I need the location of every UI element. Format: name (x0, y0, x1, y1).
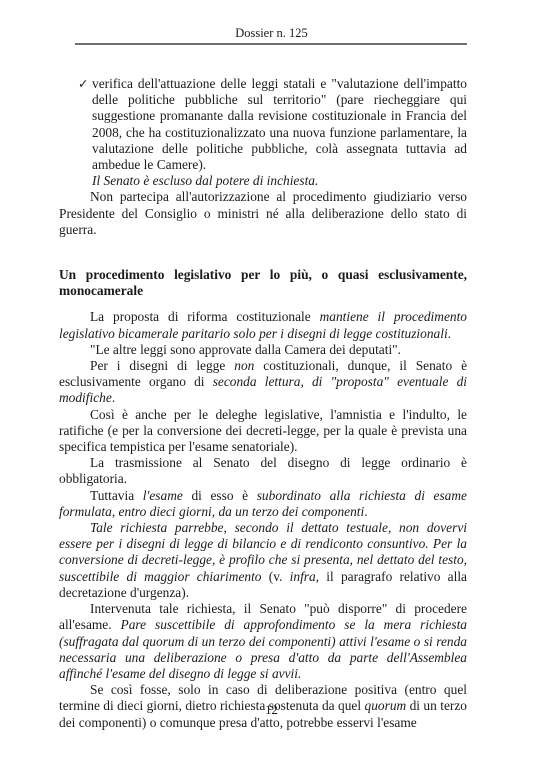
paragraph: Per i disegni di legge non costituzional… (59, 358, 467, 407)
header-rule (75, 43, 467, 45)
text-run: . (364, 504, 367, 519)
text-run: Così è anche per le deleghe legislative,… (59, 407, 467, 454)
paragraph: Non partecipa all'autorizzazione al proc… (59, 189, 467, 238)
text-run-italic: Pare suscettibile di approfondimento se … (59, 617, 467, 681)
text-run-italic: l'esame (143, 488, 183, 503)
text-run: Non partecipa all'autorizzazione al proc… (59, 189, 467, 236)
paragraph: "Le altre leggi sono approvate dalla Cam… (59, 342, 467, 358)
paragraph: La trasmissione al Senato del disegno di… (59, 455, 467, 487)
checkmark-bullet-icon: ✓ (78, 76, 88, 92)
text-run: Per i disegni di legge (90, 358, 234, 373)
paragraph: La proposta di riforma costituzionale ma… (59, 309, 467, 341)
text-run-italic: Il Senato è escluso dal potere di inchie… (92, 173, 318, 188)
text-run: "Le altre leggi sono approvate dalla Cam… (90, 342, 401, 357)
text-run: Un procedimento legislativo per lo più, … (59, 267, 467, 298)
document-page: Dossier n. 125 ✓verifica dell'attuazione… (0, 0, 543, 768)
list-item: ✓verifica dell'attuazione delle leggi st… (59, 76, 467, 173)
text-run: Tuttavia (90, 488, 143, 503)
paragraph: Così è anche per le deleghe legislative,… (59, 407, 467, 456)
paragraph: Tale richiesta parrebbe, secondo il dett… (59, 520, 467, 601)
text-run: (v. (262, 569, 290, 584)
page-header-title: Dossier n. 125 (0, 26, 543, 41)
text-run: verifica dell'attuazione delle leggi sta… (92, 76, 467, 172)
italic-note: Il Senato è escluso dal potere di inchie… (92, 173, 467, 189)
text-run-italic: infra (290, 569, 316, 584)
text-run: . (112, 390, 115, 405)
text-run: La proposta di riforma costituzionale (90, 309, 320, 324)
section-heading: Un procedimento legislativo per lo più, … (59, 267, 467, 299)
text-run: La trasmissione al Senato del disegno di… (59, 455, 467, 486)
text-run: di esso è (183, 488, 257, 503)
text-run: . (448, 326, 451, 341)
paragraph: Intervenuta tale richiesta, il Senato "p… (59, 601, 467, 682)
page-number: 12 (0, 703, 543, 718)
document-body: ✓verifica dell'attuazione delle leggi st… (59, 76, 467, 731)
paragraph: Tuttavia l'esame di esso è subordinato a… (59, 488, 467, 520)
text-run-italic: non (234, 358, 254, 373)
